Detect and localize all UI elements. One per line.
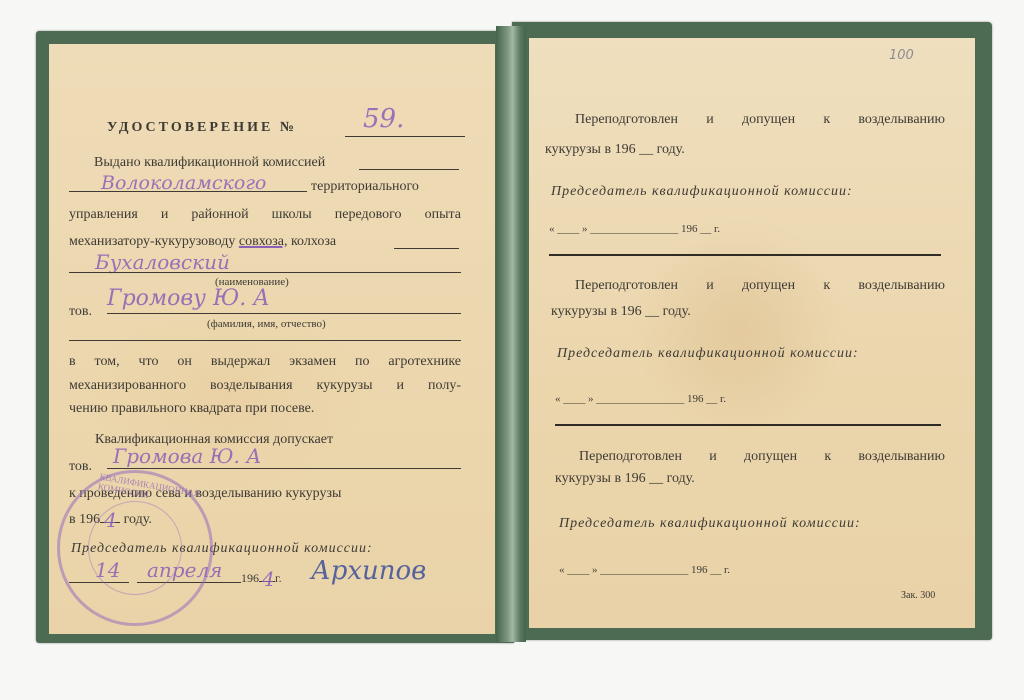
person-name-handwritten: Громову Ю. А bbox=[107, 286, 270, 311]
date-line: « ____ » ________________ 196 __ г. bbox=[555, 391, 726, 407]
official-stamp: КВАЛИФИКАЦИОННАЯ КОМИССИЯ bbox=[57, 470, 213, 626]
date-year-blank: 4 bbox=[259, 581, 275, 582]
tov-label-2: тов. bbox=[69, 459, 92, 475]
chairman-label: Председатель квалификационной комиссии: bbox=[559, 516, 861, 532]
pencil-note: 100 bbox=[889, 48, 914, 63]
territorial-label: территориального bbox=[311, 179, 419, 195]
retraining-line-2: кукурузы в 196 __ году. bbox=[551, 304, 691, 320]
person2-underline bbox=[107, 468, 461, 469]
date-year-prefix: 196 bbox=[241, 571, 259, 585]
stamp-inner-ring bbox=[88, 501, 182, 595]
kolkhoz-underline bbox=[394, 248, 459, 249]
exam-line-3: чению правильного квадрата при посеве. bbox=[69, 401, 314, 417]
chairman-label: Председатель квалификационной комиссии: bbox=[551, 184, 853, 200]
chairman-signature: Архипов bbox=[311, 556, 426, 586]
date-year-line: 1964г. bbox=[241, 570, 282, 586]
retraining-line-2: кукурузы в 196 __ году. bbox=[545, 142, 685, 158]
person-name-caption: (фамилия, имя, отчество) bbox=[207, 316, 326, 332]
certificate-number: 59. bbox=[363, 104, 404, 134]
tov-label: тов. bbox=[69, 304, 92, 320]
farm-name-handwritten: Бухаловский bbox=[95, 250, 230, 274]
certificate-title: УДОСТОВЕРЕНИЕ № bbox=[107, 120, 297, 136]
date-line: « ____ » ________________ 196 __ г. bbox=[549, 221, 720, 237]
person2-handwritten: Громова Ю. А bbox=[113, 444, 261, 468]
retraining-line-2: кукурузы в 196 __ году. bbox=[555, 471, 695, 487]
farm-name-underline bbox=[69, 272, 461, 273]
issued-by-underline bbox=[359, 169, 459, 170]
book-spine bbox=[496, 26, 526, 642]
sovkhoza-underlined: совхоза, bbox=[239, 234, 288, 249]
exam-line-1: в том, что он выдержал экзамен по агроте… bbox=[69, 354, 461, 370]
order-number: Зак. 300 bbox=[901, 588, 935, 604]
date-line: « ____ » ________________ 196 __ г. bbox=[559, 562, 730, 578]
chairman-label: Председатель квалификационной комиссии: bbox=[557, 346, 859, 362]
mechanizer-line: механизатору-кукурузоводу совхоза, колхо… bbox=[69, 234, 336, 250]
retraining-line-1: Переподготовлен и допущен к возделыванию bbox=[579, 449, 945, 465]
retraining-line-1: Переподготовлен и допущен к возделыванию bbox=[575, 112, 945, 128]
number-underline bbox=[345, 136, 465, 137]
mechanizer-label: механизатору-кукурузоводу bbox=[69, 234, 235, 249]
date-year-suffix: г. bbox=[275, 571, 282, 585]
section-divider bbox=[555, 424, 941, 426]
kolkhoza-label: колхоза bbox=[291, 234, 336, 249]
blank-line bbox=[69, 340, 461, 341]
issued-by-underline-2 bbox=[69, 191, 307, 192]
management-line: управления и районной школы передового о… bbox=[69, 207, 461, 223]
date-year-handwritten: 4 bbox=[262, 571, 275, 587]
retraining-right-page: 100 Переподготовлен и допущен к возделыв… bbox=[529, 38, 975, 628]
section-divider bbox=[549, 254, 941, 256]
retraining-line-1: Переподготовлен и допущен к возделыванию bbox=[575, 278, 945, 294]
certificate-left-page: УДОСТОВЕРЕНИЕ № 59. Выдано квалификацион… bbox=[49, 44, 495, 634]
issued-by-label: Выдано квалификационной комиссией bbox=[94, 155, 325, 171]
person-name-underline bbox=[107, 313, 461, 314]
exam-line-2: механизированного возделывания кукурузы … bbox=[69, 378, 461, 394]
